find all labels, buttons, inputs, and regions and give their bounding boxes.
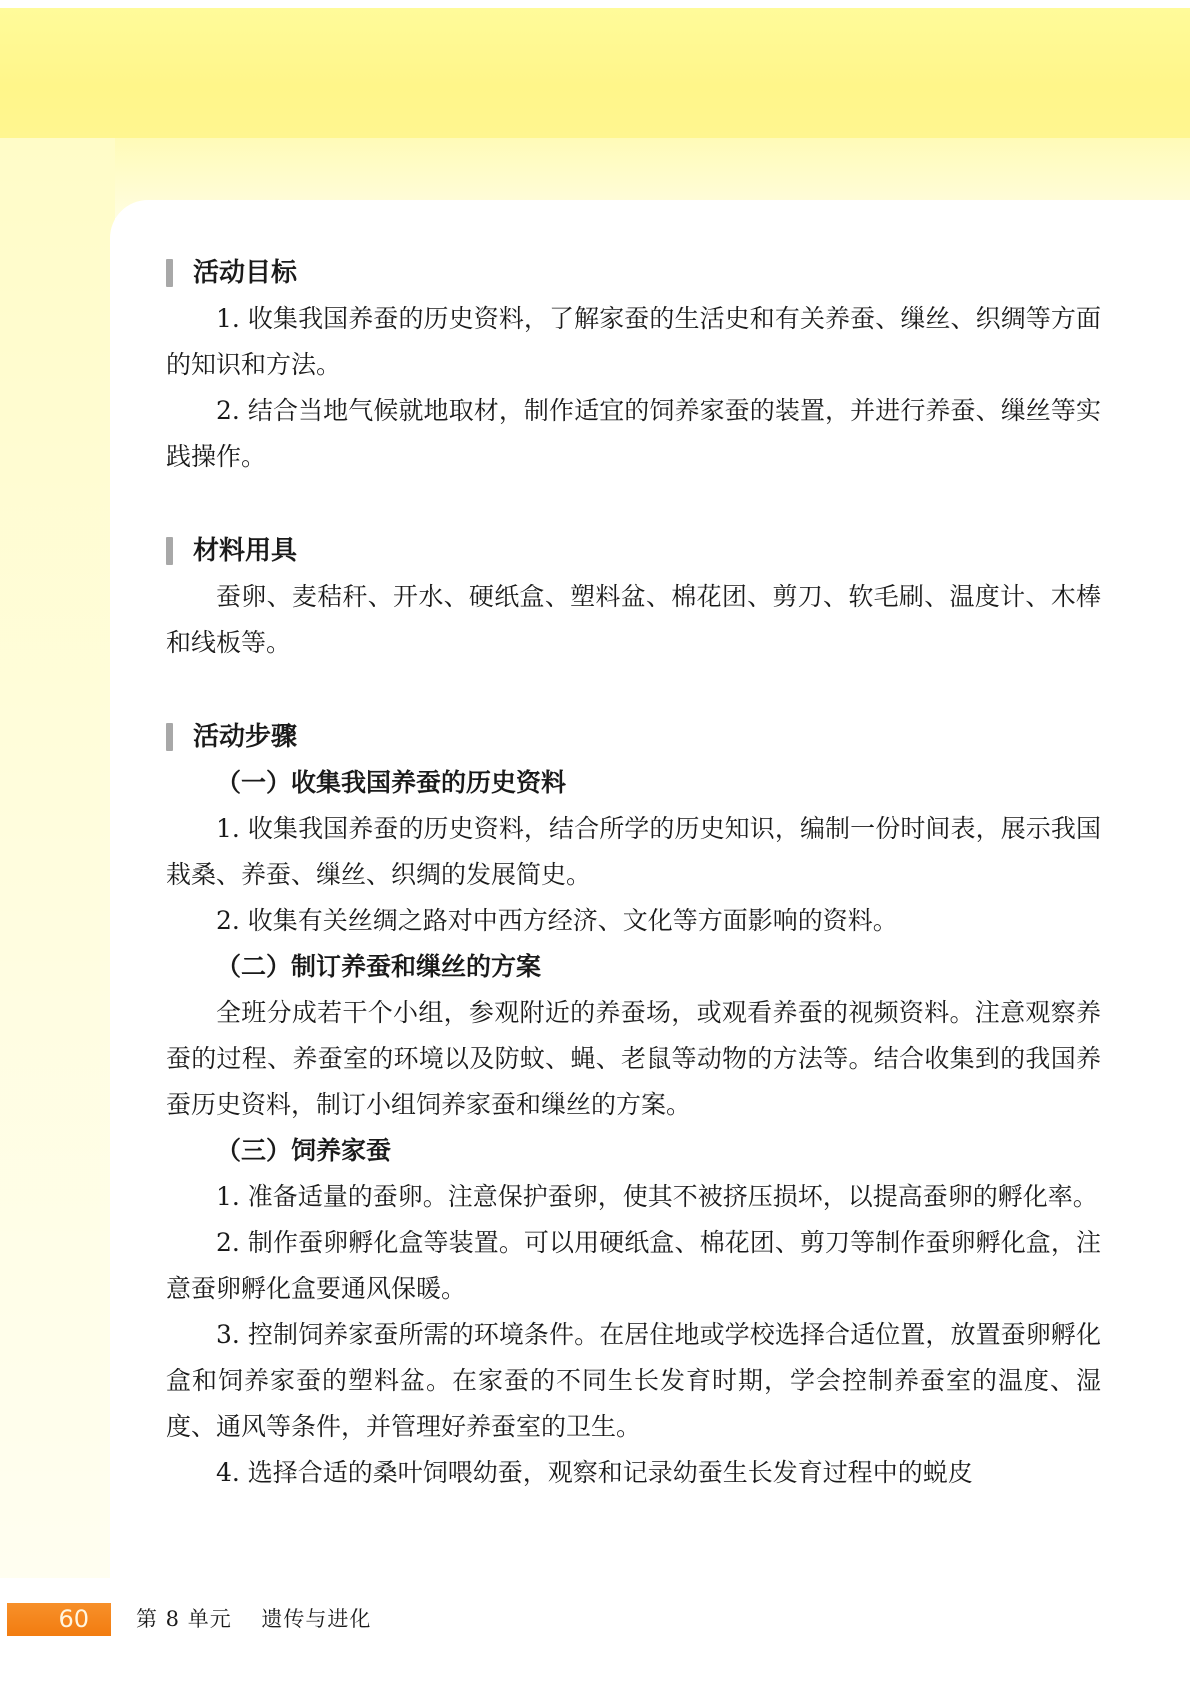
paragraph: 蚕卵、麦秸秆、开水、硬纸盒、塑料盆、棉花团、剪刀、软毛刷、温度计、木棒和线板等。 (166, 574, 1101, 666)
paragraph: 1. 收集我国养蚕的历史资料，结合所学的历史知识，编制一份时间表，展示我国栽桑、… (166, 806, 1101, 898)
left-margin-strip (0, 138, 115, 1578)
sub-heading: （三）饲养家蚕 (166, 1128, 1101, 1174)
page-number: 60 (7, 1603, 111, 1636)
unit-label: 第 8 单元 遗传与进化 (136, 1603, 371, 1636)
paragraph: 全班分成若干个小组，参观附近的养蚕场，或观看养蚕的视频资料。注意观察养蚕的过程、… (166, 990, 1101, 1128)
section-marker-icon (166, 259, 173, 287)
paragraph: 2. 收集有关丝绸之路对中西方经济、文化等方面影响的资料。 (166, 898, 1101, 944)
paragraph: 1. 准备适量的蚕卵。注意保护蚕卵，使其不被挤压损坏，以提高蚕卵的孵化率。 (166, 1174, 1101, 1220)
paragraph: 3. 控制饲养家蚕所需的环境条件。在居住地或学校选择合适位置，放置蚕卵孵化盒和饲… (166, 1312, 1101, 1450)
paragraph: 4. 选择合适的桑叶饲喂幼蚕，观察和记录幼蚕生长发育过程中的蜕皮 (166, 1450, 1101, 1496)
unit-number: 第 8 单元 (136, 1607, 232, 1631)
unit-title: 遗传与进化 (261, 1607, 371, 1631)
page-footer: 60 第 8 单元 遗传与进化 (0, 1600, 600, 1640)
section-heading: 材料用具 (166, 528, 1101, 574)
header-band (0, 8, 1190, 138)
section-title: 活动步骤 (193, 714, 297, 760)
paragraph: 2. 结合当地气候就地取材，制作适宜的饲养家蚕的装置，并进行养蚕、缫丝等实践操作… (166, 388, 1101, 480)
section-materials: 材料用具 蚕卵、麦秸秆、开水、硬纸盒、塑料盆、棉花团、剪刀、软毛刷、温度计、木棒… (166, 528, 1101, 666)
section-title: 材料用具 (193, 528, 297, 574)
sub-heading: （二）制订养蚕和缫丝的方案 (166, 944, 1101, 990)
paragraph: 2. 制作蚕卵孵化盒等装置。可以用硬纸盒、棉花团、剪刀等制作蚕卵孵化盒，注意蚕卵… (166, 1220, 1101, 1312)
paragraph: 1. 收集我国养蚕的历史资料，了解家蚕的生活史和有关养蚕、缫丝、织绸等方面的知识… (166, 296, 1101, 388)
section-marker-icon (166, 723, 173, 751)
sub-heading: （一）收集我国养蚕的历史资料 (166, 760, 1101, 806)
section-marker-icon (166, 537, 173, 565)
page-content: 活动目标 1. 收集我国养蚕的历史资料，了解家蚕的生活史和有关养蚕、缫丝、织绸等… (166, 250, 1101, 1496)
section-heading: 活动目标 (166, 250, 1101, 296)
section-title: 活动目标 (193, 250, 297, 296)
section-heading: 活动步骤 (166, 714, 1101, 760)
section-goals: 活动目标 1. 收集我国养蚕的历史资料，了解家蚕的生活史和有关养蚕、缫丝、织绸等… (166, 250, 1101, 480)
section-steps: 活动步骤 （一）收集我国养蚕的历史资料 1. 收集我国养蚕的历史资料，结合所学的… (166, 714, 1101, 1496)
